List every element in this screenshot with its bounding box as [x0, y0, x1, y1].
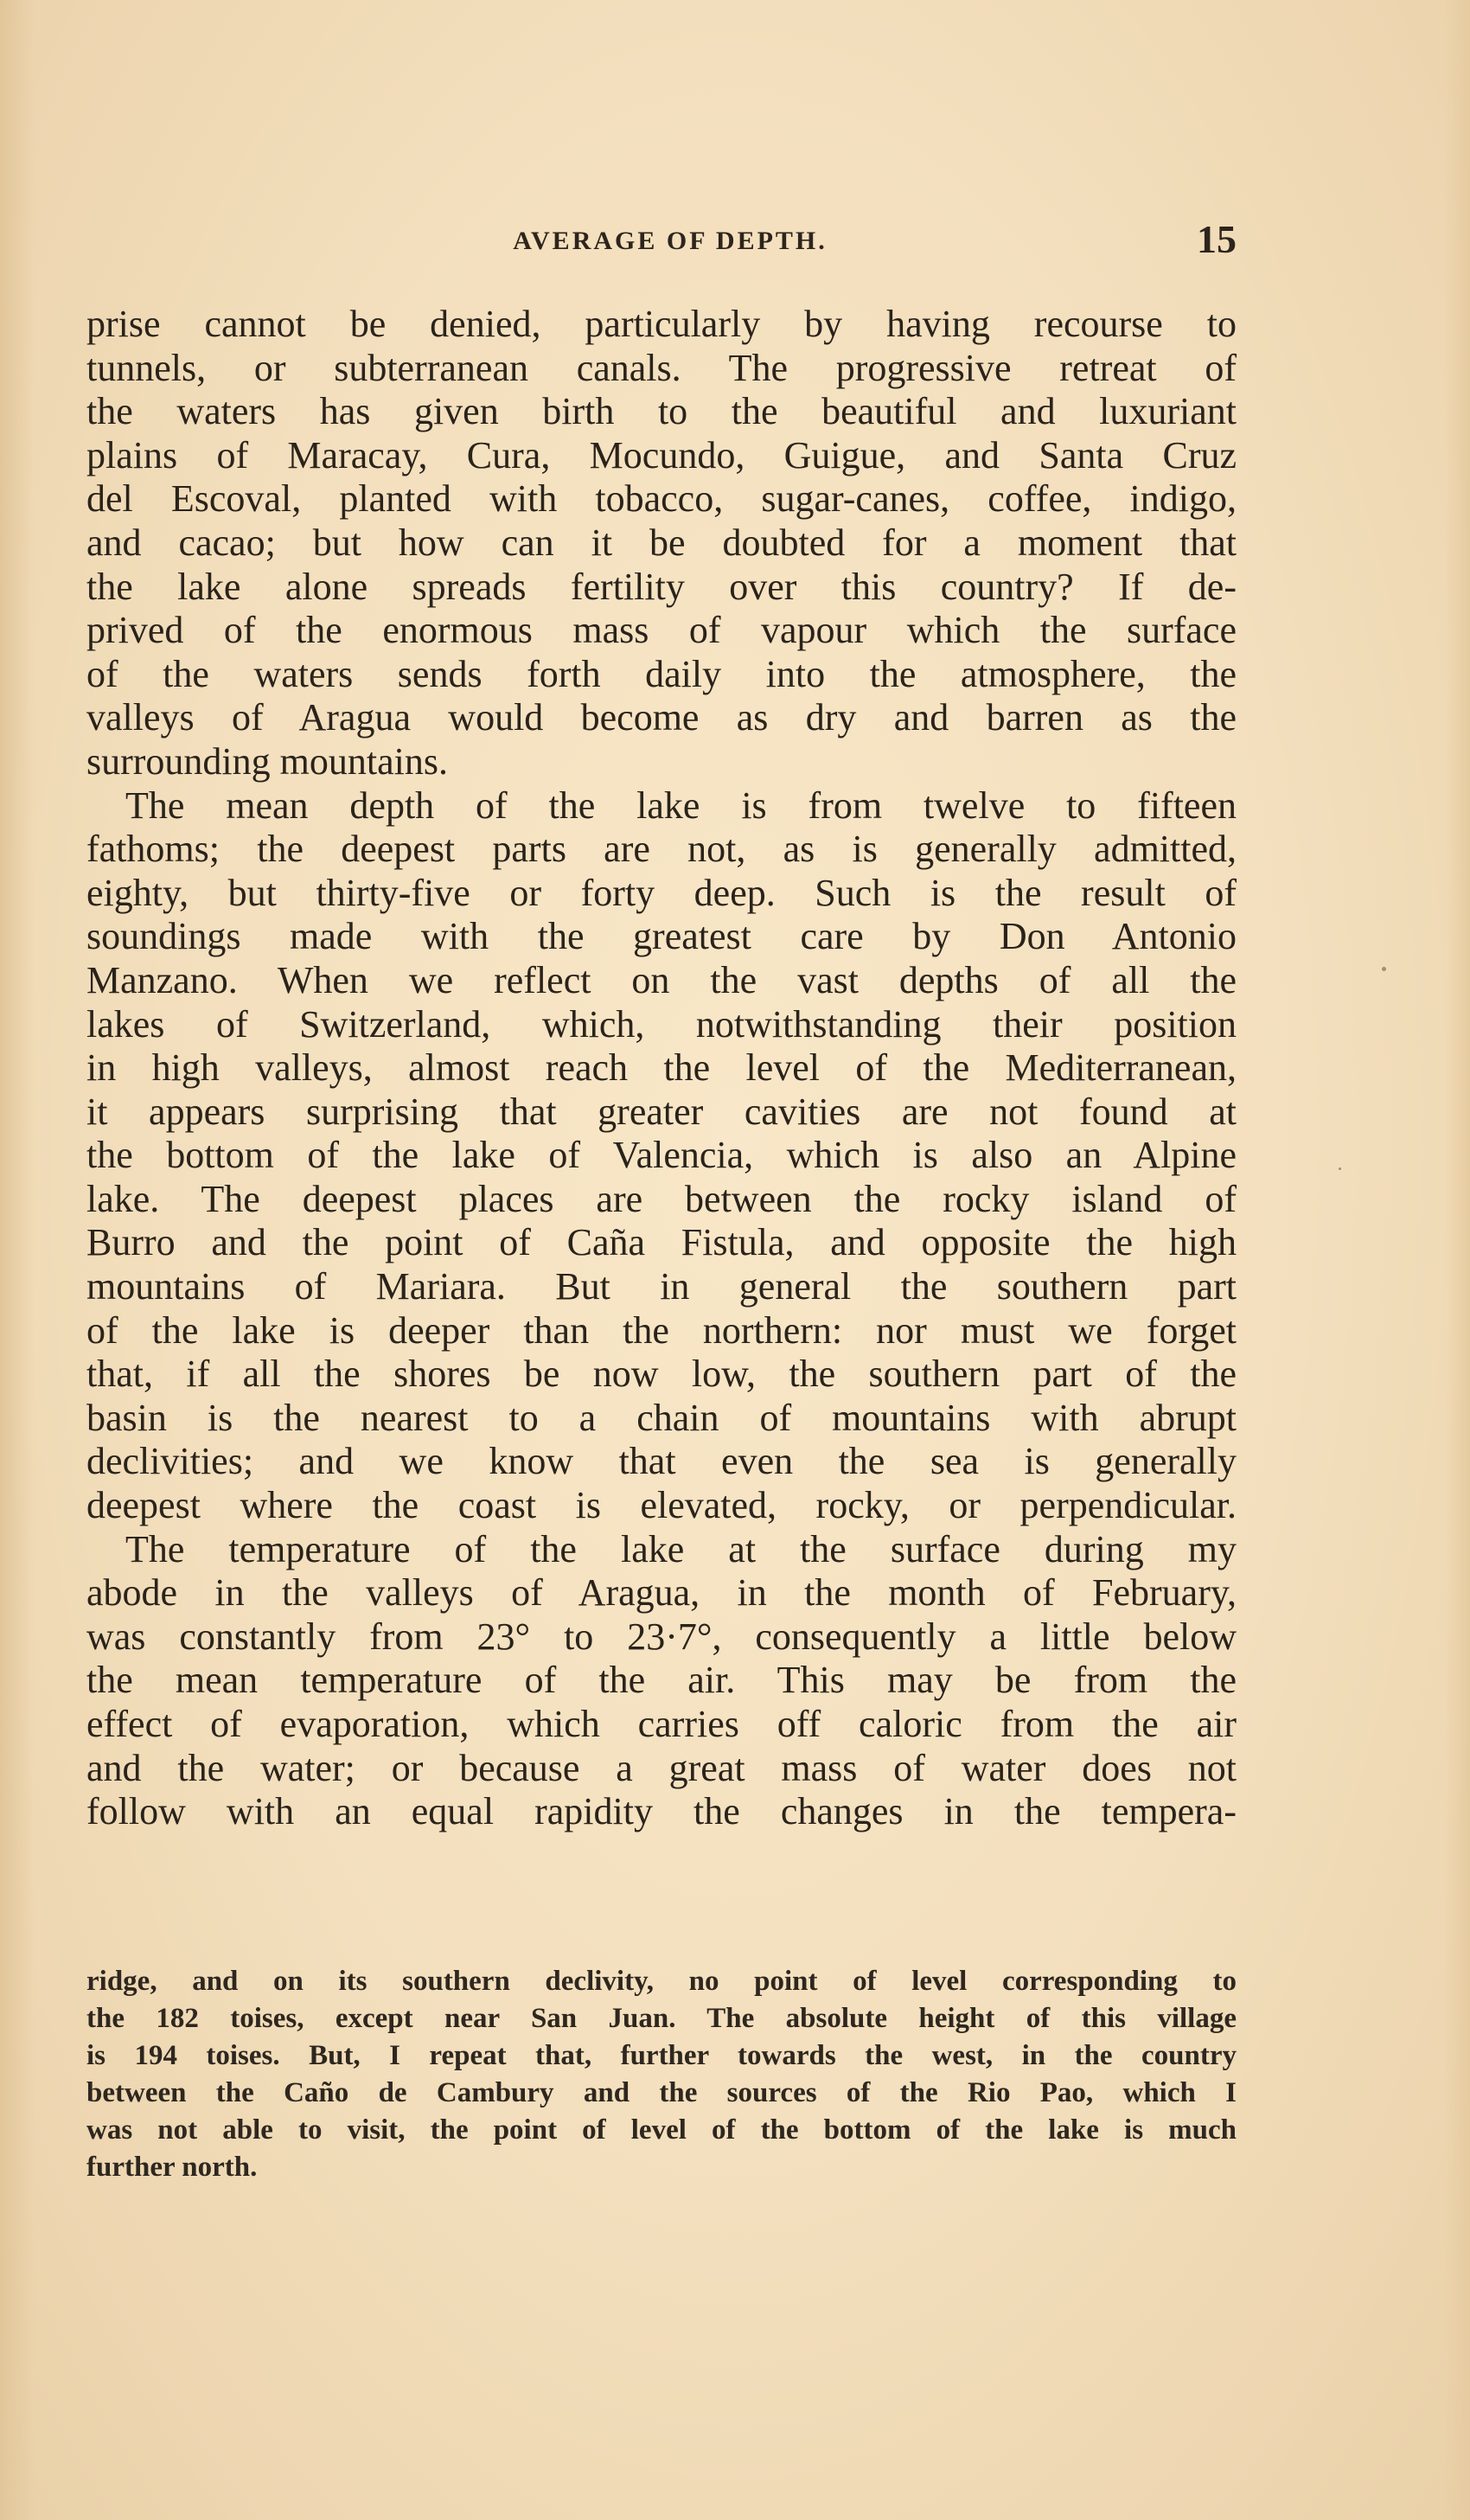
text-line: mountains of Mariara. But in general the…: [86, 1265, 1237, 1309]
text-line: follow with an equal rapidity the change…: [86, 1790, 1237, 1834]
text-line: declivities; and we know that even the s…: [86, 1440, 1237, 1484]
scan-speck: [1339, 1167, 1341, 1170]
page-number: 15: [1197, 216, 1237, 262]
text-line: lake. The deepest places are between the…: [86, 1178, 1237, 1222]
text-line: the waters has given birth to the beauti…: [86, 390, 1237, 434]
paragraph-start-line: The temperature of the lake at the surfa…: [86, 1528, 1237, 1572]
text-line: in high valleys, almost reach the level …: [86, 1046, 1237, 1091]
text-line: lakes of Switzerland, which, notwithstan…: [86, 1003, 1237, 1047]
running-title: AVERAGE OF DEPTH.: [86, 227, 1237, 256]
text-line: it appears surprising that greater cavit…: [86, 1091, 1237, 1135]
text-line: and cacao; but how can it be doubted for…: [86, 521, 1237, 566]
text-line: and the water; or because a great mass o…: [86, 1747, 1237, 1791]
text-line: was constantly from 23° to 23·7°, conseq…: [86, 1615, 1237, 1660]
text-line: soundings made with the greatest care by…: [86, 915, 1237, 959]
text-line: Burro and the point of Caña Fistula, and…: [86, 1221, 1237, 1265]
text-line: eighty, but thirty-five or forty deep. S…: [86, 872, 1237, 916]
text-line: tunnels, or subterranean canals. The pro…: [86, 347, 1237, 391]
text-line: fathoms; the deepest parts are not, as i…: [86, 828, 1237, 872]
page-edge-shadow-left: [0, 0, 35, 2520]
text-line: del Escoval, planted with tobacco, sugar…: [86, 477, 1237, 521]
page-edge-shadow-right: [1444, 0, 1470, 2520]
text-line: basin is the nearest to a chain of mount…: [86, 1397, 1237, 1441]
body-text: prise cannot be denied, particularly by …: [86, 303, 1237, 1834]
text-line: surrounding mountains.: [86, 740, 1237, 784]
text-line: valleys of Aragua would become as dry an…: [86, 696, 1237, 740]
scan-speck: [1382, 967, 1386, 971]
text-line: of the waters sends forth daily into the…: [86, 653, 1237, 697]
text-line: prise cannot be denied, particularly by …: [86, 303, 1237, 347]
footnote-line: further north.: [86, 2149, 1237, 2186]
text-line: the mean temperature of the air. This ma…: [86, 1659, 1237, 1703]
text-line: effect of evaporation, which carries off…: [86, 1703, 1237, 1747]
text-line: Manzano. When we reflect on the vast dep…: [86, 959, 1237, 1003]
paragraph-start-line: The mean depth of the lake is from twelv…: [86, 784, 1237, 828]
running-head: AVERAGE OF DEPTH. 15: [86, 216, 1237, 268]
footnote: ridge, and on its southern declivity, no…: [86, 1963, 1237, 2186]
text-line: the lake alone spreads fertility over th…: [86, 566, 1237, 610]
text-line: that, if all the shores be now low, the …: [86, 1353, 1237, 1397]
book-page: AVERAGE OF DEPTH. 15 prise cannot be den…: [0, 0, 1470, 2520]
text-line: deepest where the coast is elevated, roc…: [86, 1484, 1237, 1528]
text-line: of the lake is deeper than the northern:…: [86, 1309, 1237, 1353]
text-line: plains of Maracay, Cura, Mocundo, Guigue…: [86, 434, 1237, 478]
footnote-line: was not able to visit, the point of leve…: [86, 2112, 1237, 2149]
footnote-line: is 194 toises. But, I repeat that, furth…: [86, 2037, 1237, 2075]
footnote-line: the 182 toises, except near San Juan. Th…: [86, 2000, 1237, 2037]
text-line: abode in the valleys of Aragua, in the m…: [86, 1571, 1237, 1615]
footnote-line: ridge, and on its southern declivity, no…: [86, 1963, 1237, 2000]
footnote-line: between the Caño de Cambury and the sour…: [86, 2075, 1237, 2112]
text-line: the bottom of the lake of Valencia, whic…: [86, 1134, 1237, 1178]
text-line: prived of the enormous mass of vapour wh…: [86, 609, 1237, 653]
